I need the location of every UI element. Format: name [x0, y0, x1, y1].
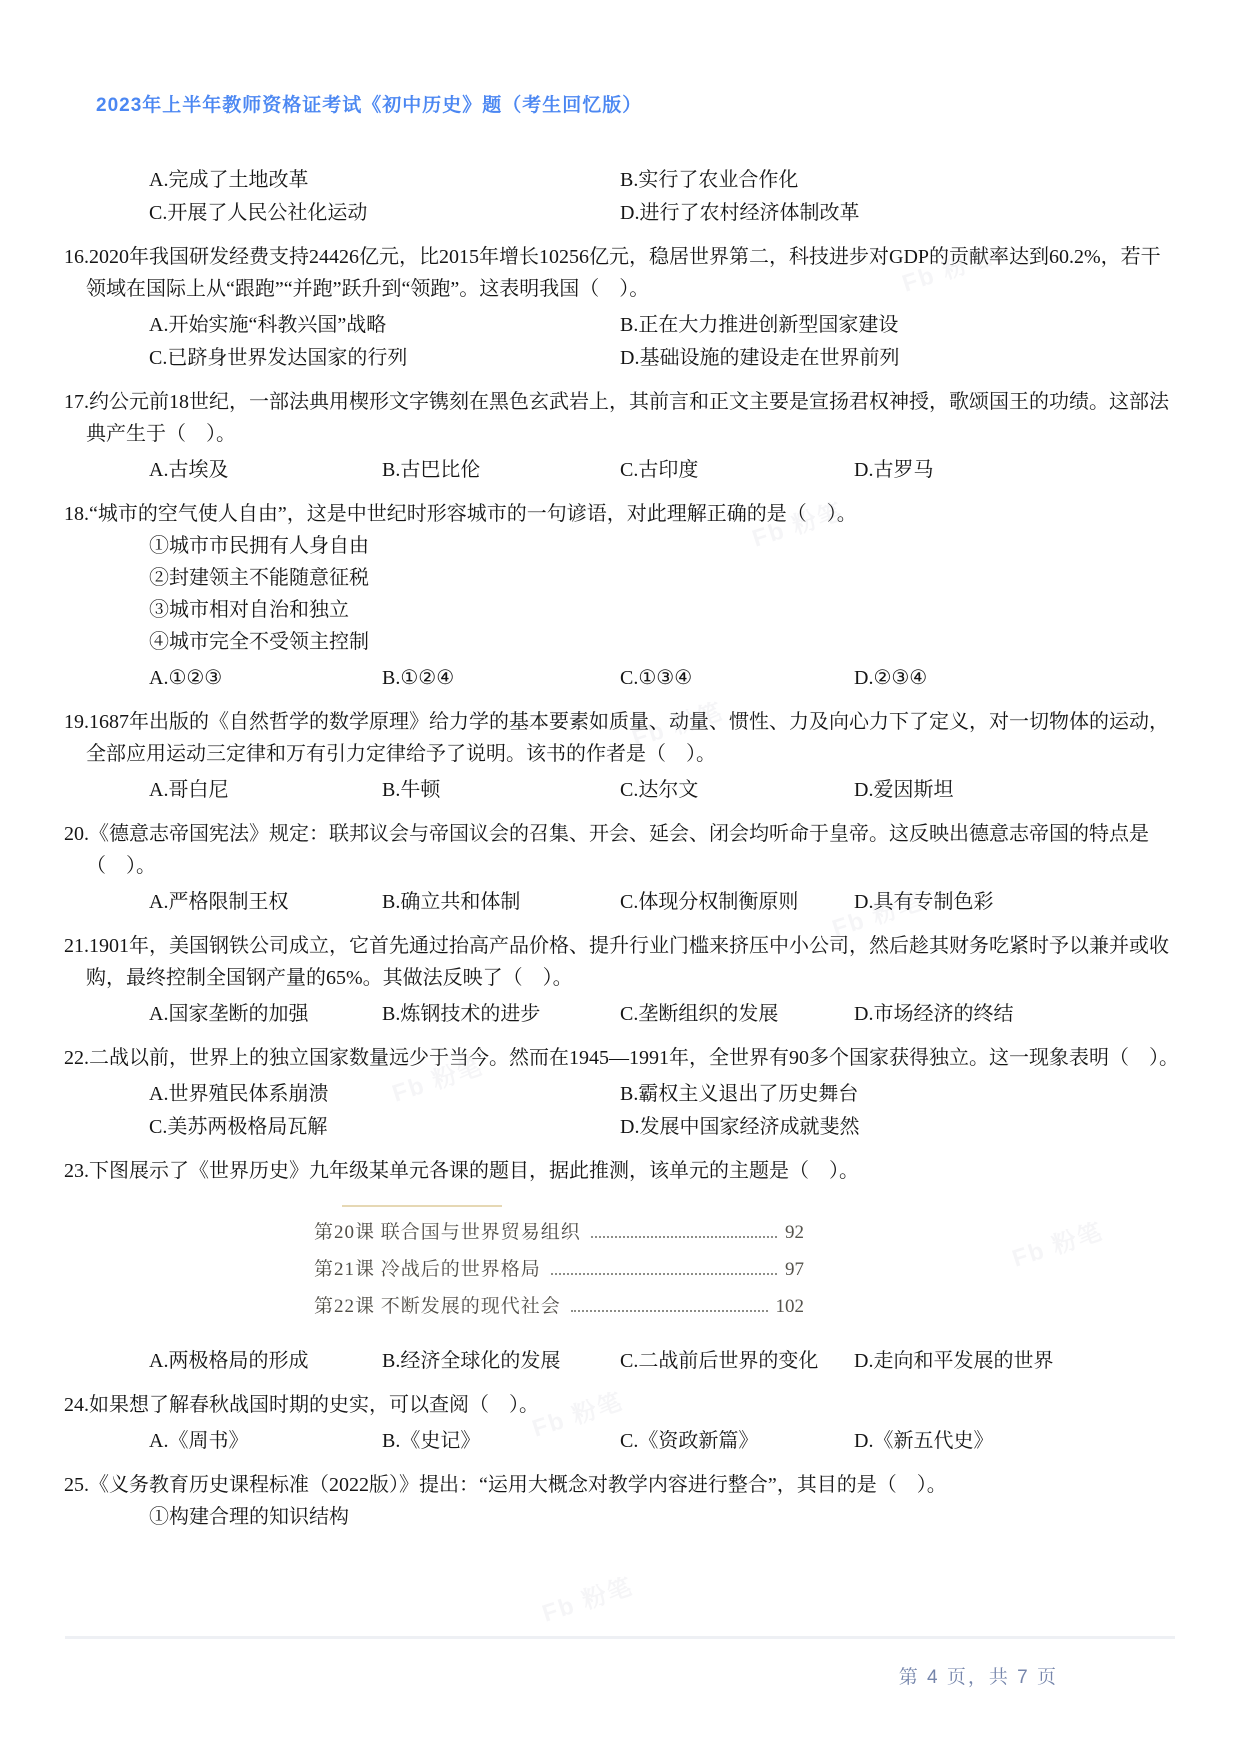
question-stem: 18.“城市的空气使人自由”，这是中世纪时形容城市的一句谚语，对此理解正确的是（… [64, 498, 1180, 530]
option-d: D.《新五代史》 [854, 1430, 1180, 1453]
option-a: A.①②③ [149, 667, 382, 690]
dotted-leader [591, 1236, 777, 1238]
exam-document-page: 2023年上半年教师资格证考试《初中历史》题（考生回忆版） A.完成了土地改革 … [0, 0, 1240, 1754]
question-stem: 23.下图展示了《世界历史》九年级某单元各课的题目，据此推测，该单元的主题是（ … [64, 1155, 1180, 1187]
toc-lesson-title: 第22课 不断发展的现代社会 [314, 1291, 561, 1318]
question-number: 20. [64, 823, 89, 845]
dotted-leader [551, 1273, 777, 1275]
statement-3: ③城市相对自治和独立 [149, 594, 1180, 626]
statement-list: ①构建合理的知识结构 [149, 1501, 1180, 1533]
question-stem: 25.《义务教育历史课程标准（2022版）》提出：“运用大概念对教学内容进行整合… [64, 1469, 1180, 1501]
statement-2: ②封建领主不能随意征税 [149, 562, 1180, 594]
dotted-leader [571, 1310, 768, 1312]
question-number: 22. [64, 1047, 89, 1069]
option-b: B.霸权主义退出了历史舞台 [620, 1083, 1180, 1106]
question-stem: 24.如果想了解春秋战国时期的史实，可以查阅（ ）。 [64, 1389, 1180, 1421]
question-text: 如果想了解春秋战国时期的史实，可以查阅（ ）。 [89, 1394, 539, 1416]
question-25: 25.《义务教育历史课程标准（2022版）》提出：“运用大概念对教学内容进行整合… [64, 1469, 1180, 1533]
statement-list: ①城市市民拥有人身自由 ②封建领主不能随意征税 ③城市相对自治和独立 ④城市完全… [149, 530, 1180, 658]
question-stem: 20.《德意志帝国宪法》规定：联邦议会与帝国议会的召集、开会、延会、闭会均听命于… [64, 818, 1180, 882]
option-d: D.②③④ [854, 667, 1180, 690]
option-c: C.已跻身世界发达国家的行列 [149, 347, 620, 370]
page-title: 2023年上半年教师资格证考试《初中历史》题（考生回忆版） [96, 90, 1240, 117]
toc-page-number: 102 [776, 1296, 805, 1318]
toc-figure: 第20课 联合国与世界贸易组织 92 第21课 冷战后的世界格局 97 第22课… [314, 1205, 804, 1328]
question-18: 18.“城市的空气使人自由”，这是中世纪时形容城市的一句谚语，对此理解正确的是（… [64, 498, 1180, 690]
option-c: C.古印度 [620, 459, 854, 482]
question-23: 23.下图展示了《世界历史》九年级某单元各课的题目，据此推测，该单元的主题是（ … [64, 1155, 1180, 1373]
question-21: 21.1901年，美国钢铁公司成立，它首先通过抬高产品价格、提升行业门槛来挤压中… [64, 930, 1180, 1026]
question-text: 约公元前18世纪，一部法典用楔形文字镌刻在黑色玄武岩上，其前言和正文主要是宣扬君… [86, 391, 1169, 445]
option-b: B.古巴比伦 [382, 459, 620, 482]
toc-lesson-title: 第21课 冷战后的世界格局 [314, 1254, 541, 1281]
option-b: B.牛顿 [382, 779, 620, 802]
question-text: 1687年出版的《自然哲学的数学原理》给力学的基本要素如质量、动量、惯性、力及向… [86, 711, 1169, 765]
question-stem: 17.约公元前18世纪，一部法典用楔形文字镌刻在黑色玄武岩上，其前言和正文主要是… [64, 386, 1180, 450]
option-c: C.《资政新篇》 [620, 1430, 854, 1453]
option-c: C.二战前后世界的变化 [620, 1350, 854, 1373]
options-row: A.古埃及 B.古巴比伦 C.古印度 D.古罗马 [149, 459, 1180, 482]
question-number: 25. [64, 1474, 89, 1496]
option-a: A.两极格局的形成 [149, 1350, 382, 1373]
question-19: 19.1687年出版的《自然哲学的数学原理》给力学的基本要素如质量、动量、惯性、… [64, 706, 1180, 802]
question-text: “城市的空气使人自由”，这是中世纪时形容城市的一句谚语，对此理解正确的是（ ）。 [89, 503, 857, 525]
options-row: A.哥白尼 B.牛顿 C.达尔文 D.爱因斯坦 [149, 779, 1180, 802]
toc-lesson-title: 第20课 联合国与世界贸易组织 [314, 1217, 581, 1244]
options-row: A.严格限制王权 B.确立共和体制 C.体现分权制衡原则 D.具有专制色彩 [149, 891, 1180, 914]
options-row: A.《周书》 B.《史记》 C.《资政新篇》 D.《新五代史》 [149, 1430, 1180, 1453]
option-a: A.国家垄断的加强 [149, 1003, 382, 1026]
option-d: D.走向和平发展的世界 [854, 1350, 1180, 1373]
question-15-options-block: A.完成了土地改革 B.实行了农业合作化 C.开展了人民公社化运动 D.进行了农… [64, 169, 1180, 225]
question-stem: 19.1687年出版的《自然哲学的数学原理》给力学的基本要素如质量、动量、惯性、… [64, 706, 1180, 770]
question-number: 23. [64, 1160, 89, 1182]
option-d: D.市场经济的终结 [854, 1003, 1180, 1026]
option-b: B.正在大力推进创新型国家建设 [620, 314, 1180, 337]
option-a: A.严格限制王权 [149, 891, 382, 914]
watermark: Fb 粉笔 [537, 1566, 637, 1628]
options-row: A.两极格局的形成 B.经济全球化的发展 C.二战前后世界的变化 D.走向和平发… [149, 1350, 1180, 1373]
option-c: C.美苏两极格局瓦解 [149, 1116, 620, 1139]
footer-divider [65, 1636, 1175, 1639]
statement-4: ④城市完全不受领主控制 [149, 626, 1180, 658]
option-b: B.《史记》 [382, 1430, 620, 1453]
toc-top-border [342, 1205, 502, 1207]
question-number: 19. [64, 711, 89, 733]
option-a: A.世界殖民体系崩溃 [149, 1083, 620, 1106]
question-22: 22.二战以前，世界上的独立国家数量远少于当今。然而在1945—1991年，全世… [64, 1042, 1180, 1139]
question-number: 16. [64, 246, 89, 268]
toc-page-number: 92 [785, 1222, 804, 1244]
option-d: D.进行了农村经济体制改革 [620, 202, 1180, 225]
option-c: C.垄断组织的发展 [620, 1003, 854, 1026]
question-stem: 16.2020年我国研发经费支持24426亿元，比2015年增长10256亿元，… [64, 241, 1180, 305]
options-row: A.开始实施“科教兴国”战略 B.正在大力推进创新型国家建设 C.已跻身世界发达… [149, 314, 1180, 370]
toc-page-number: 97 [785, 1259, 804, 1281]
question-16: 16.2020年我国研发经费支持24426亿元，比2015年增长10256亿元，… [64, 241, 1180, 370]
option-a: A.开始实施“科教兴国”战略 [149, 314, 620, 337]
question-text: 二战以前，世界上的独立国家数量远少于当今。然而在1945—1991年，全世界有9… [89, 1047, 1179, 1069]
option-d: D.古罗马 [854, 459, 1180, 482]
option-d: D.爱因斯坦 [854, 779, 1180, 802]
option-d: D.发展中国家经济成就斐然 [620, 1116, 1180, 1139]
option-a: A.哥白尼 [149, 779, 382, 802]
options-row: A.①②③ B.①②④ C.①③④ D.②③④ [149, 667, 1180, 690]
option-d: D.基础设施的建设走在世界前列 [620, 347, 1180, 370]
option-c: C.开展了人民公社化运动 [149, 202, 620, 225]
option-b: B.实行了农业合作化 [620, 169, 1180, 192]
toc-row: 第20课 联合国与世界贸易组织 92 [314, 1217, 804, 1254]
question-text: 《义务教育历史课程标准（2022版）》提出：“运用大概念对教学内容进行整合”，其… [89, 1474, 947, 1496]
question-24: 24.如果想了解春秋战国时期的史实，可以查阅（ ）。 A.《周书》 B.《史记》… [64, 1389, 1180, 1453]
question-17: 17.约公元前18世纪，一部法典用楔形文字镌刻在黑色玄武岩上，其前言和正文主要是… [64, 386, 1180, 482]
option-c: C.①③④ [620, 667, 854, 690]
question-text: 下图展示了《世界历史》九年级某单元各课的题目，据此推测，该单元的主题是（ ）。 [89, 1160, 859, 1182]
option-a: A.《周书》 [149, 1430, 382, 1453]
question-text: 2020年我国研发经费支持24426亿元，比2015年增长10256亿元，稳居世… [86, 246, 1161, 300]
question-20: 20.《德意志帝国宪法》规定：联邦议会与帝国议会的召集、开会、延会、闭会均听命于… [64, 818, 1180, 914]
question-stem: 21.1901年，美国钢铁公司成立，它首先通过抬高产品价格、提升行业门槛来挤压中… [64, 930, 1180, 994]
question-stem: 22.二战以前，世界上的独立国家数量远少于当今。然而在1945—1991年，全世… [64, 1042, 1180, 1074]
option-b: B.①②④ [382, 667, 620, 690]
options-row: A.世界殖民体系崩溃 B.霸权主义退出了历史舞台 C.美苏两极格局瓦解 D.发展… [149, 1083, 1180, 1139]
question-text: 1901年，美国钢铁公司成立，它首先通过抬高产品价格、提升行业门槛来挤压中小公司… [86, 935, 1169, 989]
statement-1: ①构建合理的知识结构 [149, 1501, 1180, 1533]
option-a: A.完成了土地改革 [149, 169, 620, 192]
option-d: D.具有专制色彩 [854, 891, 1180, 914]
question-number: 18. [64, 503, 89, 525]
toc-row: 第21课 冷战后的世界格局 97 [314, 1254, 804, 1291]
option-b: B.炼钢技术的进步 [382, 1003, 620, 1026]
toc-row: 第22课 不断发展的现代社会 102 [314, 1291, 804, 1328]
questions-content: A.完成了土地改革 B.实行了农业合作化 C.开展了人民公社化运动 D.进行了农… [0, 169, 1240, 1533]
statement-1: ①城市市民拥有人身自由 [149, 530, 1180, 562]
page-number-footer: 第 4 页，共 7 页 [899, 1662, 1058, 1689]
option-c: C.体现分权制衡原则 [620, 891, 854, 914]
option-b: B.确立共和体制 [382, 891, 620, 914]
option-c: C.达尔文 [620, 779, 854, 802]
option-b: B.经济全球化的发展 [382, 1350, 620, 1373]
question-number: 17. [64, 391, 89, 413]
question-number: 21. [64, 935, 89, 957]
question-text: 《德意志帝国宪法》规定：联邦议会与帝国议会的召集、开会、延会、闭会均听命于皇帝。… [86, 823, 1149, 877]
question-number: 24. [64, 1394, 89, 1416]
option-a: A.古埃及 [149, 459, 382, 482]
options-row: A.国家垄断的加强 B.炼钢技术的进步 C.垄断组织的发展 D.市场经济的终结 [149, 1003, 1180, 1026]
options-row: A.完成了土地改革 B.实行了农业合作化 C.开展了人民公社化运动 D.进行了农… [149, 169, 1180, 225]
